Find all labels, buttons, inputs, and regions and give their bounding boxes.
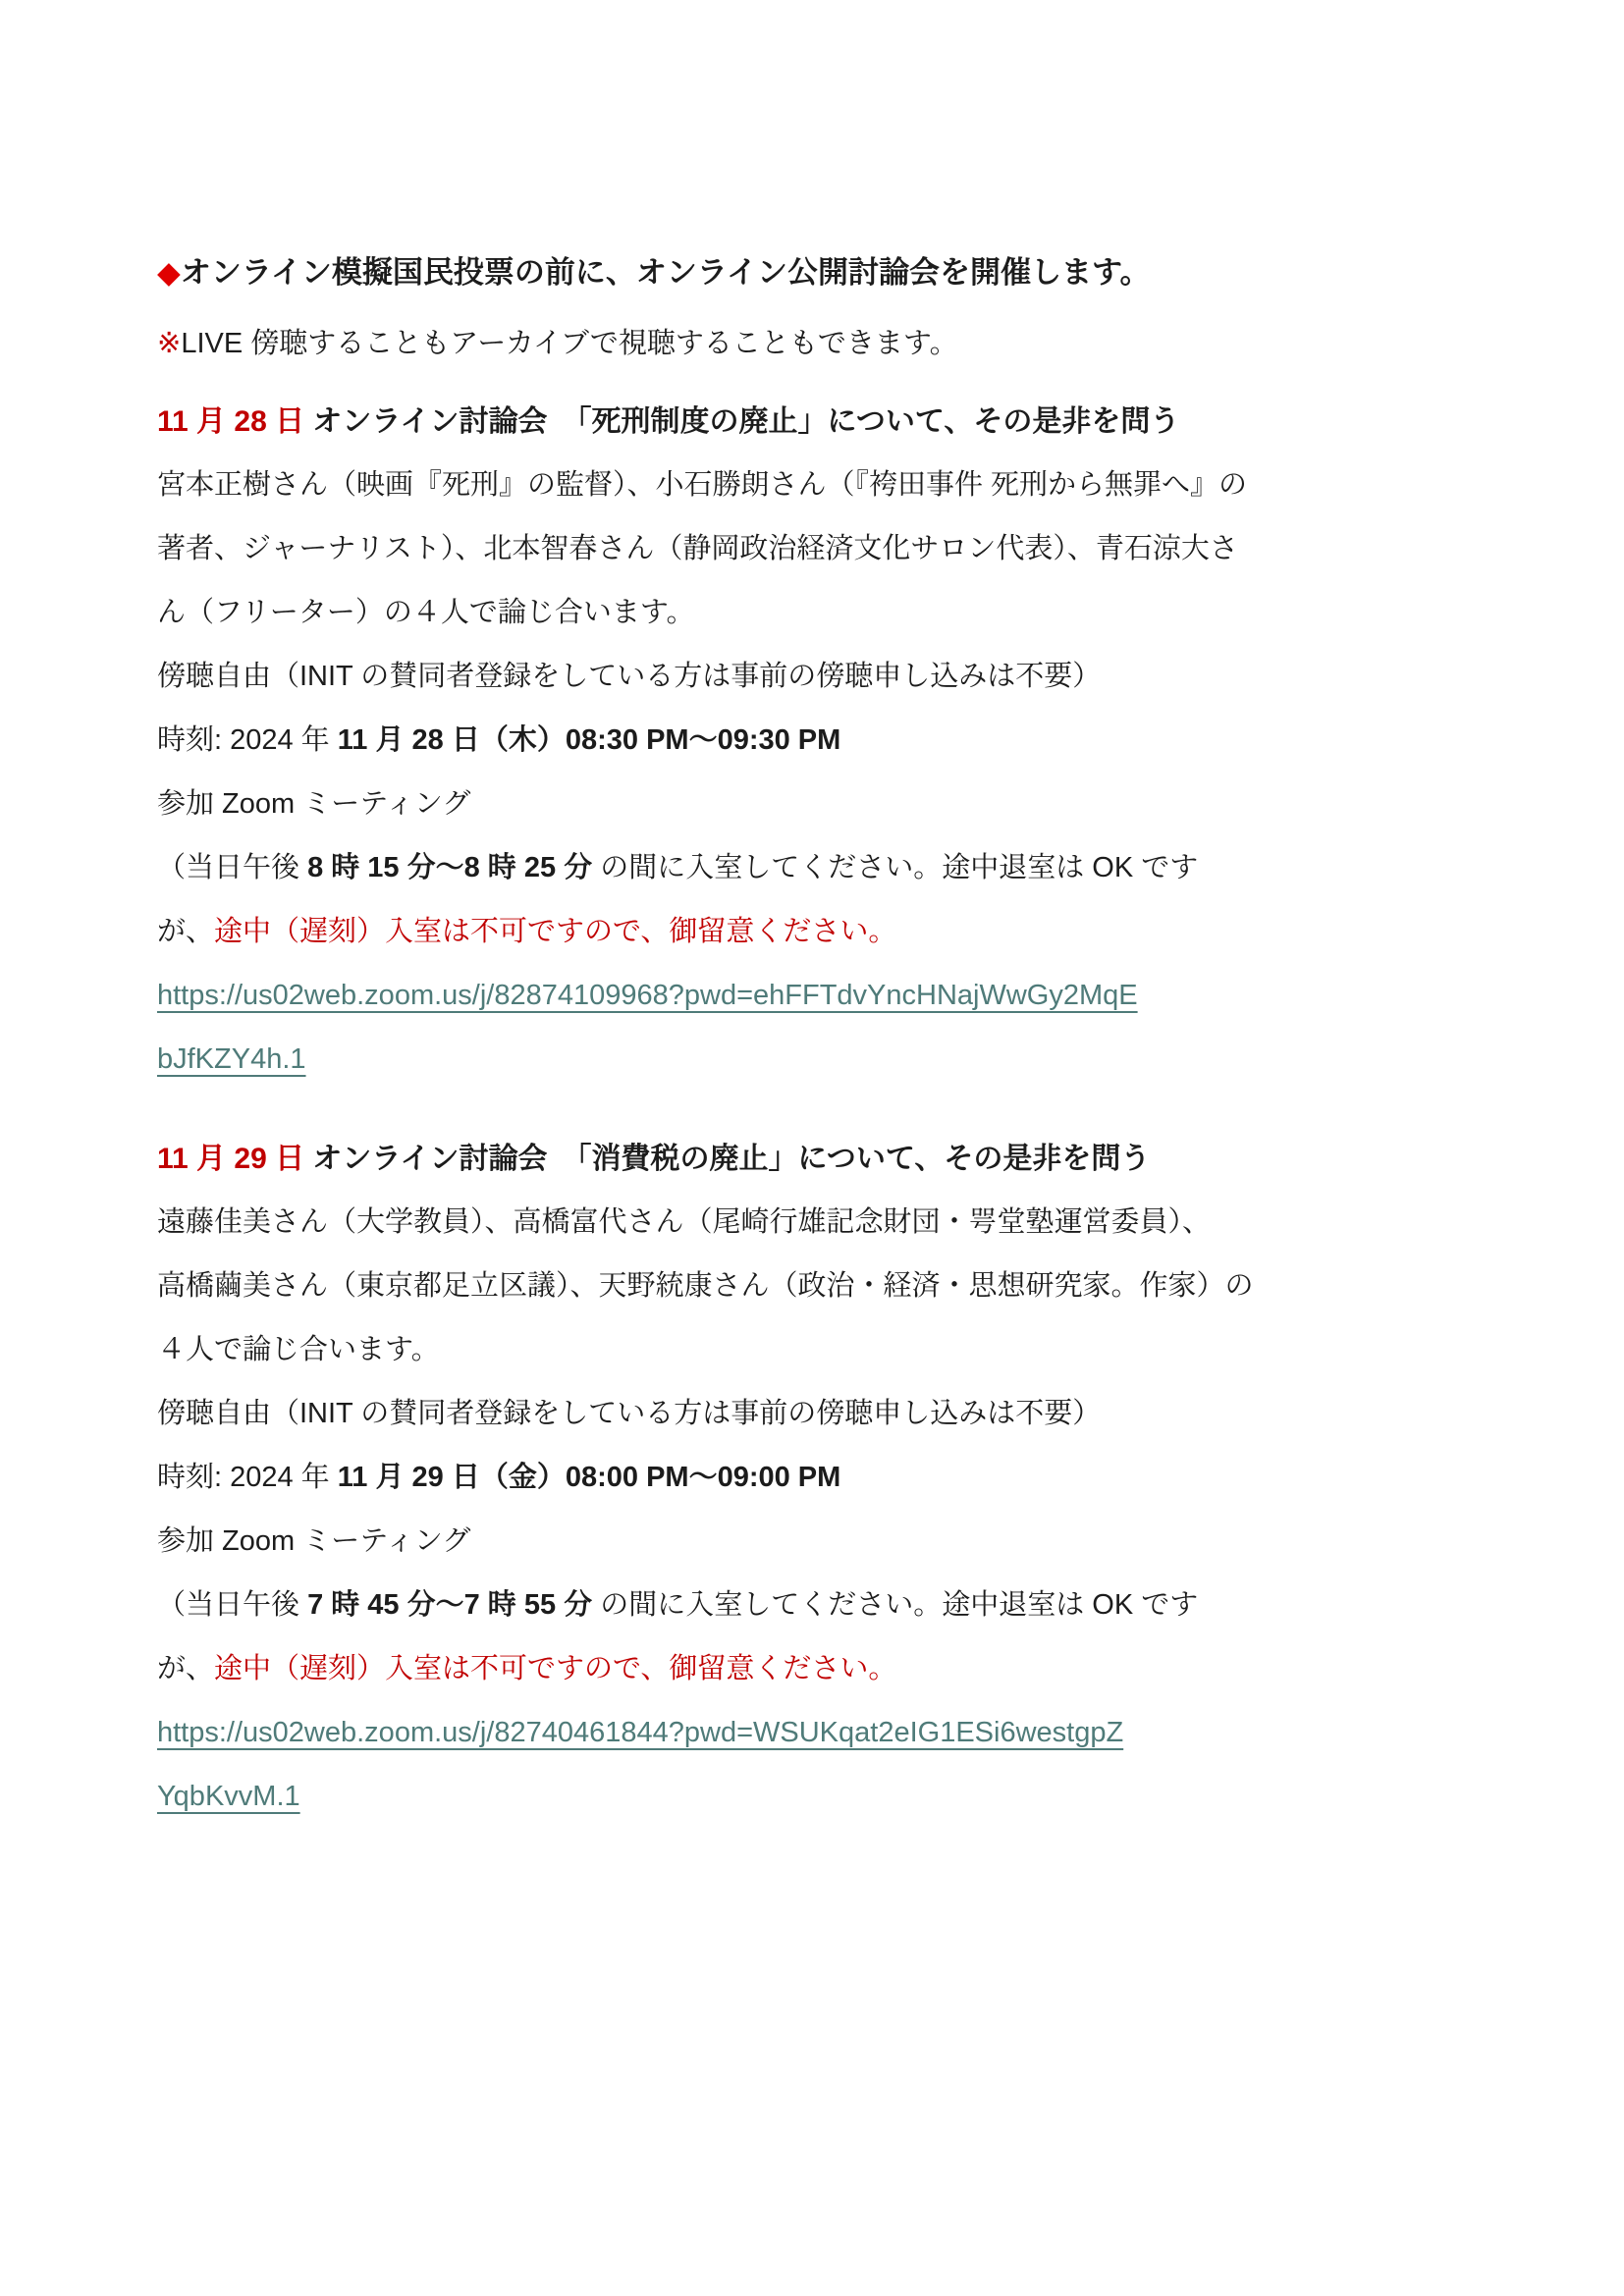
section-2-zoom-url-line-1: https://us02web.zoom.us/j/82740461844?pw… <box>157 1701 1506 1765</box>
section-2-time-value: 11 月 29 日（金）08:00 PM～09:00 PM <box>338 1462 841 1493</box>
section-1-participants-line-2: 著者、ジャーナリスト）、北本智春さん（静岡政治経済文化サロン代表）、青石涼大さ <box>157 517 1506 581</box>
section-1-participants-line-1: 宮本正樹さん（映画『死刑』の監督）、小石勝朗さん（『袴田事件 死刑から無罪へ』の <box>157 454 1506 517</box>
section-2-entry-pre: （当日午後 <box>157 1589 307 1621</box>
section-1-join-zoom: 参加 Zoom ミーティング <box>157 773 1506 836</box>
section-2-warning-text: 途中（遅刻）入室は不可ですので、御留意ください。 <box>214 1653 896 1684</box>
intro-note: ※LIVE 傍聴することもアーカイブで視聴することもできます。 <box>157 312 1506 376</box>
section-1-warning-prefix: が、 <box>157 916 214 947</box>
intro-heading-text: オンライン模擬国民投票の前に、オンライン公開討論会を開催します。 <box>181 255 1151 290</box>
intro-heading: ◆オンライン模擬国民投票の前に、オンライン公開討論会を開催します。 <box>157 240 1506 304</box>
section-1-heading: 11 月 28 日 オンライン討論会 「死刑制度の廃止」について、その是非を問う <box>157 390 1506 454</box>
section-2-join-zoom: 参加 Zoom ミーティング <box>157 1510 1506 1574</box>
section-2-participants-line-1: 遠藤佳美さん（大学教員）、高橋富代さん（尾崎行雄記念財団・咢堂塾運営委員）、 <box>157 1191 1506 1255</box>
diamond-bullet-icon: ◆ <box>157 255 181 290</box>
section-1-date: 11 月 28 日 <box>157 405 304 438</box>
section-1-time: 時刻: 2024 年 11 月 28 日（木）08:30 PM～09:30 PM <box>157 709 1506 773</box>
section-1-time-label: 時刻: 2024 年 <box>157 724 338 756</box>
section-1-warning: が、途中（遅刻）入室は不可ですので、御留意ください。 <box>157 900 1506 964</box>
section-2-entry-post: の間に入室してください。途中退室は OK です <box>592 1589 1198 1621</box>
section-2-heading: 11 月 29 日 オンライン討論会 「消費税の廃止」について、その是非を問う <box>157 1127 1506 1191</box>
section-2-participants-line-3: ４人で論じ合います。 <box>157 1318 1506 1382</box>
section-1-zoom-url-line-2: bJfKZY4h.1 <box>157 1028 1506 1092</box>
section-1-entry-post: の間に入室してください。途中退室は OK です <box>592 852 1198 883</box>
intro-note-text: LIVE 傍聴することもアーカイブで視聴することもできます。 <box>181 328 957 359</box>
section-1-time-value: 11 月 28 日（木）08:30 PM～09:30 PM <box>338 724 841 756</box>
section-1-entry-time: 8 時 15 分～8 時 25 分 <box>307 852 592 883</box>
section-1-listen-note: 傍聴自由（INIT の賛同者登録をしている方は事前の傍聴申し込みは不要） <box>157 645 1506 709</box>
section-2-entry-window: （当日午後 7 時 45 分～7 時 55 分 の間に入室してください。途中退室… <box>157 1574 1506 1637</box>
zoom-meeting-link-2-continued[interactable]: YqbKvvM.1 <box>157 1781 300 1812</box>
zoom-meeting-link-2[interactable]: https://us02web.zoom.us/j/82740461844?pw… <box>157 1717 1123 1748</box>
section-1-entry-window: （当日午後 8 時 15 分～8 時 25 分 の間に入室してください。途中退室… <box>157 836 1506 900</box>
section-1-title: オンライン討論会 「死刑制度の廃止」について、その是非を問う <box>304 405 1179 438</box>
reference-mark-icon: ※ <box>157 328 181 359</box>
section-2-warning-prefix: が、 <box>157 1653 214 1684</box>
section-1-participants-line-3: ん（フリーター）の４人で論じ合います。 <box>157 581 1506 645</box>
document-page: ◆オンライン模擬国民投票の前に、オンライン公開討論会を開催します。 ※LIVE … <box>0 0 1624 2296</box>
section-2-listen-note: 傍聴自由（INIT の賛同者登録をしている方は事前の傍聴申し込みは不要） <box>157 1382 1506 1446</box>
section-2-title: オンライン討論会 「消費税の廃止」について、その是非を問う <box>304 1143 1150 1175</box>
section-1-zoom-url-line-1: https://us02web.zoom.us/j/82874109968?pw… <box>157 964 1506 1028</box>
section-2-time: 時刻: 2024 年 11 月 29 日（金）08:00 PM～09:00 PM <box>157 1446 1506 1510</box>
section-2-date: 11 月 29 日 <box>157 1143 304 1175</box>
zoom-meeting-link-1[interactable]: https://us02web.zoom.us/j/82874109968?pw… <box>157 980 1138 1011</box>
section-2-warning: が、途中（遅刻）入室は不可ですので、御留意ください。 <box>157 1637 1506 1701</box>
zoom-meeting-link-1-continued[interactable]: bJfKZY4h.1 <box>157 1043 306 1075</box>
section-1-warning-text: 途中（遅刻）入室は不可ですので、御留意ください。 <box>214 916 896 947</box>
section-2-entry-time: 7 時 45 分～7 時 55 分 <box>307 1589 592 1621</box>
section-1-entry-pre: （当日午後 <box>157 852 307 883</box>
section-2-zoom-url-line-2: YqbKvvM.1 <box>157 1765 1506 1829</box>
section-2-time-label: 時刻: 2024 年 <box>157 1462 338 1493</box>
section-2-participants-line-2: 高橋繭美さん（東京都足立区議）、天野統康さん（政治・経済・思想研究家。作家）の <box>157 1255 1506 1318</box>
